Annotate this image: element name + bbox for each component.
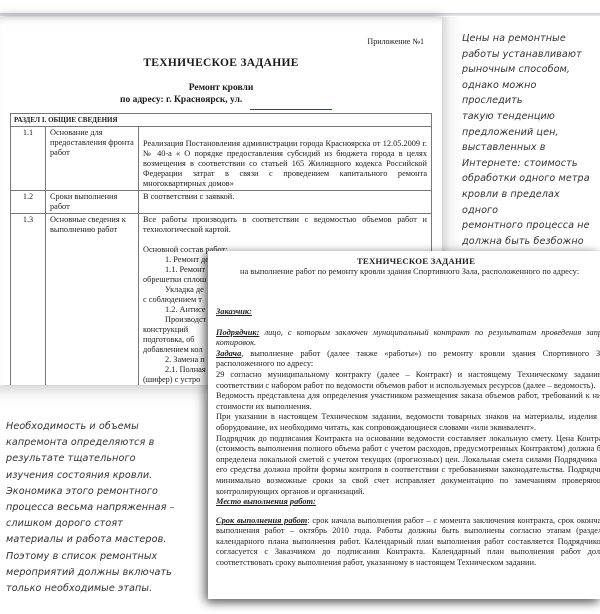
text-line: только необходимые этапы.: [6, 581, 201, 597]
contractor-heading: Подрядчик:: [216, 328, 259, 337]
text-line: процесса весьма напряженная –: [6, 500, 201, 516]
text-line: мероприятий должны включать: [6, 565, 201, 581]
document-title: ТЕХНИЧЕСКОЕ ЗАДАНИЕ: [0, 57, 442, 69]
document-body: Заказчик: Подрядчик: лицо, с которым зак…: [216, 307, 600, 569]
document-title: ТЕХНИЧЕСКОЕ ЗАДАНИЕ: [208, 256, 600, 267]
text-line: капремонта определяются в: [6, 435, 201, 451]
document-address: по адресу: г. Красноярск, ул.: [120, 95, 242, 105]
row-label: Сроки выполнения работ: [46, 191, 139, 214]
table-row: 1.2 Сроки выполнения работ В соответстви…: [11, 191, 432, 214]
row-content: Реализация Постановления администрации г…: [139, 127, 432, 191]
technical-spec-document-2: ТЕХНИЧЕСКОЕ ЗАДАНИЕ на выполнение работ …: [208, 251, 600, 599]
text-line: результате тщательного: [6, 451, 201, 467]
term-heading: Срок выполнения работ: [216, 516, 307, 525]
side-note-necessity: Необходимость и объемыкапремонта определ…: [0, 386, 205, 614]
row-label: Основание для предоставления фронта рабо…: [46, 127, 139, 191]
text-line: слишком дорого стоят: [6, 516, 201, 532]
text-line: Интернете: стоимость: [462, 156, 596, 172]
row-content: В соответствии с заявкой.: [139, 191, 432, 214]
section-header-row: РАЗДЕЛ I. ОБЩИЕ СВЕДЕНИЯ: [11, 114, 432, 127]
text-line: рыночным способом,: [462, 62, 596, 78]
estimate-paragraph: Подрядчик до подписания Контракта на осн…: [216, 434, 600, 498]
row-number: 1.3: [11, 214, 46, 386]
task-text: , выполнение работ (далее также «работы»…: [216, 349, 600, 369]
top-divider: [0, 13, 600, 16]
address-blank-line: [250, 109, 332, 110]
appendix-label: Приложение №1: [367, 37, 424, 46]
side-note-text: Цены на ремонтныеработы устанавливаютрын…: [462, 31, 596, 265]
row-number: 1.2: [11, 191, 46, 214]
text-line: Поэтому в список ремонтных: [6, 549, 201, 565]
task-heading: Задача: [216, 349, 241, 358]
side-note-prices: Цены на ремонтныеработы устанавливаютрын…: [442, 17, 600, 249]
place-heading: Место выполнения работ:: [216, 497, 316, 506]
customer-heading: Заказчик:: [216, 307, 252, 316]
document-subtitle: Ремонт кровли: [0, 83, 442, 93]
text-line: предложений цен,: [462, 125, 596, 141]
text-line: должна быть безбожно: [462, 234, 596, 250]
text-line: Необходимость и объемы: [6, 419, 201, 435]
text-line: ремонтного процесса не: [462, 218, 596, 234]
row-content-intro: Все работы производить в соответствии с …: [143, 215, 427, 234]
text-line: изучения состояния кровли.: [6, 468, 201, 484]
text-line: Цены на ремонтные: [462, 31, 596, 47]
row-label: Основные сведения к выполнению работ: [46, 214, 139, 386]
text-line: однако можно проследить: [462, 78, 596, 109]
contract-paragraph: 29 согласно муниципальному контракту (да…: [216, 370, 600, 391]
document-subtitle: на выполнение работ по ремонту кровли зд…: [240, 267, 600, 278]
text-line: Экономика этого ремонтного: [6, 484, 201, 500]
task-paragraph: Задача, выполнение работ (далее также «р…: [216, 349, 600, 370]
row-number: 1.1: [11, 127, 46, 191]
text-line: такую тенденцию: [462, 109, 596, 125]
text-line: обработки одного метра: [462, 171, 596, 187]
term-paragraph: Срок выполнения работ: срок начала выпол…: [216, 516, 600, 569]
side-note-text: Необходимость и объемыкапремонта определ…: [6, 419, 201, 597]
contractor-paragraph: Подрядчик: лицо, с которым заключен муни…: [216, 328, 600, 349]
section-title: РАЗДЕЛ I. ОБЩИЕ СВЕДЕНИЯ: [11, 114, 432, 127]
text-line: выставленных в: [462, 140, 596, 156]
vedomost-paragraph: Ведомость представлена для определения у…: [216, 391, 600, 412]
text-line: кровли в пределах одного: [462, 187, 596, 218]
text-line: работы устанавливают: [462, 47, 596, 63]
trademarks-paragraph: При указании в настоящем Техническом зад…: [216, 412, 600, 433]
contractor-text: лицо, с которым заключен муниципальный к…: [216, 328, 600, 348]
table-row: 1.1 Основание для предоставления фронта …: [11, 127, 432, 191]
text-line: материалы и работа мастеров.: [6, 532, 201, 548]
